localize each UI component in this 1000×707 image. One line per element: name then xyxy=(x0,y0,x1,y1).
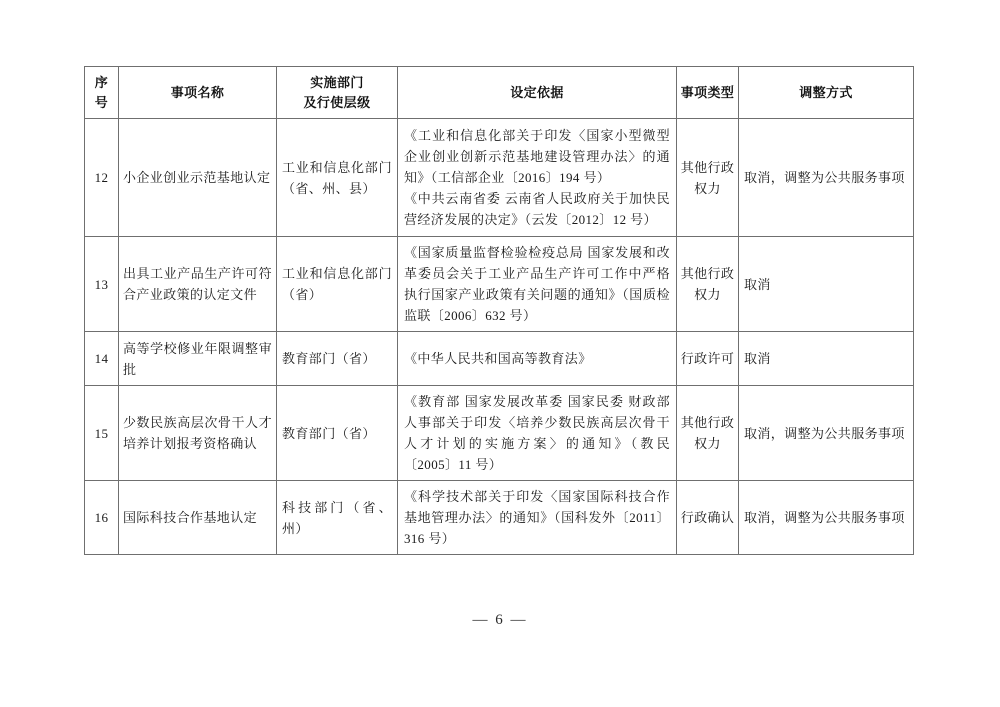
cell-department: 工业和信息化部门（省） xyxy=(277,237,398,332)
cell-no: 16 xyxy=(85,481,119,555)
basis-paragraph: 《科学技术部关于印发〈国家国际科技合作基地管理办法〉的通知》（国科发外〔2011… xyxy=(404,486,670,549)
cell-item-type: 其他行政权力 xyxy=(677,119,739,237)
table-row: 12 小企业创业示范基地认定 工业和信息化部门（省、州、县） 《工业和信息化部关… xyxy=(85,119,914,237)
header-cell-name: 事项名称 xyxy=(119,67,277,119)
cell-item-name: 少数民族高层次骨干人才培养计划报考资格确认 xyxy=(119,386,277,481)
cell-item-name: 出具工业产品生产许可符合产业政策的认定文件 xyxy=(119,237,277,332)
cell-item-type: 行政许可 xyxy=(677,332,739,386)
cell-item-type: 其他行政权力 xyxy=(677,386,739,481)
cell-adjustment: 取消，调整为公共服务事项 xyxy=(739,481,914,555)
cell-department: 教育部门（省） xyxy=(277,386,398,481)
cell-adjustment: 取消 xyxy=(739,332,914,386)
administrative-items-table: 序 号 事项名称 实施部门 及行使层级 设定依据 事项类型 调整方式 12 小企… xyxy=(84,66,914,555)
header-row: 序 号 事项名称 实施部门 及行使层级 设定依据 事项类型 调整方式 xyxy=(85,67,914,119)
cell-adjustment: 取消，调整为公共服务事项 xyxy=(739,386,914,481)
cell-basis: 《教育部 国家发展改革委 国家民委 财政部 人事部关于印发〈培养少数民族高层次骨… xyxy=(398,386,677,481)
cell-no: 13 xyxy=(85,237,119,332)
table-row: 14 高等学校修业年限调整审批 教育部门（省） 《中华人民共和国高等教育法》 行… xyxy=(85,332,914,386)
cell-department: 工业和信息化部门（省、州、县） xyxy=(277,119,398,237)
header-cell-no: 序 号 xyxy=(85,67,119,119)
cell-basis: 《科学技术部关于印发〈国家国际科技合作基地管理办法〉的通知》（国科发外〔2011… xyxy=(398,481,677,555)
cell-adjustment: 取消 xyxy=(739,237,914,332)
cell-department: 教育部门（省） xyxy=(277,332,398,386)
cell-basis: 《国家质量监督检验检疫总局 国家发展和改革委员会关于工业产品生产许可工作中严格执… xyxy=(398,237,677,332)
table-header: 序 号 事项名称 实施部门 及行使层级 设定依据 事项类型 调整方式 xyxy=(85,67,914,119)
basis-paragraph: 《中华人民共和国高等教育法》 xyxy=(404,348,670,369)
cell-item-name: 高等学校修业年限调整审批 xyxy=(119,332,277,386)
header-cell-department: 实施部门 及行使层级 xyxy=(277,67,398,119)
basis-paragraph: 《工业和信息化部关于印发〈国家小型微型企业创业创新示范基地建设管理办法〉的通知》… xyxy=(404,125,670,188)
cell-no: 12 xyxy=(85,119,119,237)
cell-no: 15 xyxy=(85,386,119,481)
header-cell-basis: 设定依据 xyxy=(398,67,677,119)
cell-basis: 《工业和信息化部关于印发〈国家小型微型企业创业创新示范基地建设管理办法〉的通知》… xyxy=(398,119,677,237)
cell-item-name: 国际科技合作基地认定 xyxy=(119,481,277,555)
header-cell-type: 事项类型 xyxy=(677,67,739,119)
cell-adjustment: 取消，调整为公共服务事项 xyxy=(739,119,914,237)
cell-item-type: 行政确认 xyxy=(677,481,739,555)
table-row: 16 国际科技合作基地认定 科技部门（省、州） 《科学技术部关于印发〈国家国际科… xyxy=(85,481,914,555)
cell-item-name: 小企业创业示范基地认定 xyxy=(119,119,277,237)
cell-item-type: 其他行政权力 xyxy=(677,237,739,332)
table-row: 15 少数民族高层次骨干人才培养计划报考资格确认 教育部门（省） 《教育部 国家… xyxy=(85,386,914,481)
cell-basis: 《中华人民共和国高等教育法》 xyxy=(398,332,677,386)
basis-paragraph: 《教育部 国家发展改革委 国家民委 财政部 人事部关于印发〈培养少数民族高层次骨… xyxy=(404,391,670,475)
header-cell-adjustment: 调整方式 xyxy=(739,67,914,119)
page-number: — 6 — xyxy=(0,612,1000,629)
cell-department: 科技部门（省、州） xyxy=(277,481,398,555)
basis-paragraph: 《中共云南省委 云南省人民政府关于加快民营经济发展的决定》（云发〔2012〕12… xyxy=(404,188,670,230)
cell-no: 14 xyxy=(85,332,119,386)
basis-paragraph: 《国家质量监督检验检疫总局 国家发展和改革委员会关于工业产品生产许可工作中严格执… xyxy=(404,242,670,326)
table-row: 13 出具工业产品生产许可符合产业政策的认定文件 工业和信息化部门（省） 《国家… xyxy=(85,237,914,332)
